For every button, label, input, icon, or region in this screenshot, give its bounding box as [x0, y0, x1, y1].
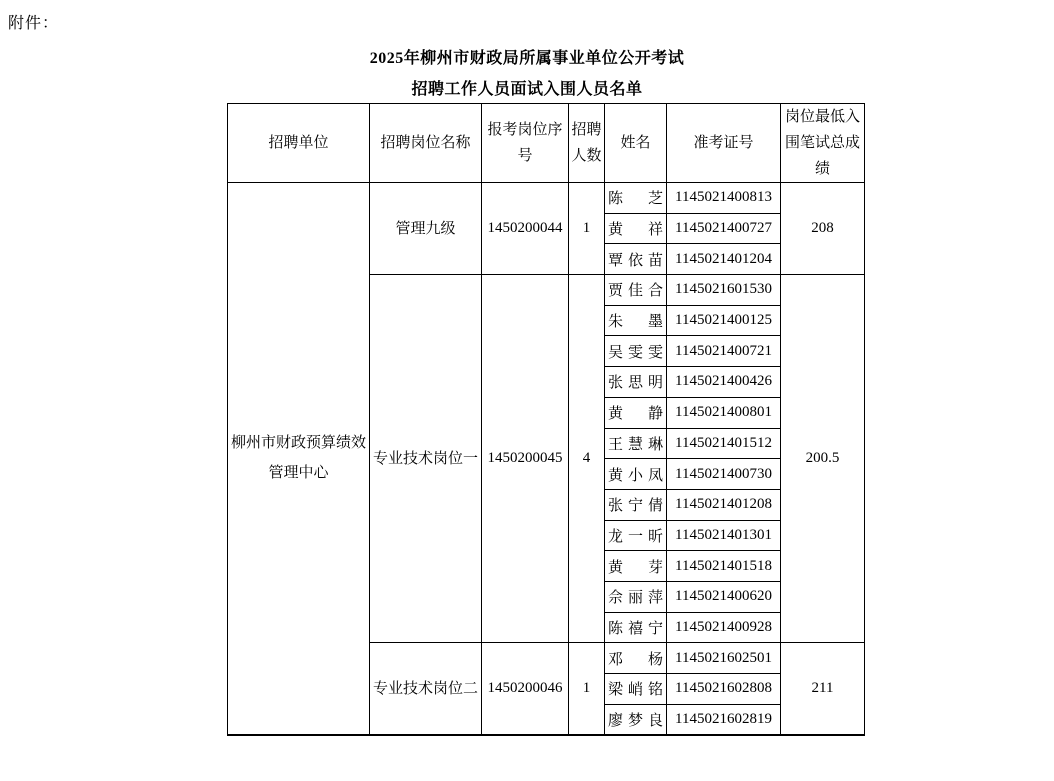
candidate-name-cell: 黄芽 [605, 551, 667, 582]
position-cell: 专业技术岗位一 [370, 275, 482, 643]
candidate-name-cell: 佘丽萍 [605, 581, 667, 612]
header-ticket-number: 准考证号 [667, 104, 781, 183]
candidate-name-cell: 黄静 [605, 397, 667, 428]
candidate-name-cell: 陈禧宁 [605, 612, 667, 643]
header-position-code: 报考岗位序号 [482, 104, 569, 183]
candidate-name-cell: 龙一昕 [605, 520, 667, 551]
ticket-cell: 1145021400721 [667, 336, 781, 367]
header-row: 招聘单位 招聘岗位名称 报考岗位序号 招聘人数 姓名 准考证号 岗位最低入围笔试… [228, 104, 865, 183]
ticket-cell: 1145021602819 [667, 704, 781, 735]
recruit-count-cell: 1 [569, 183, 605, 275]
ticket-cell: 1145021400928 [667, 612, 781, 643]
candidate-name-cell: 黄祥 [605, 213, 667, 244]
ticket-cell: 1145021602501 [667, 643, 781, 674]
candidate-name-cell: 陈芝 [605, 183, 667, 214]
table-row: 柳州市财政预算绩效管理中心 管理九级 1450200044 1 陈芝 11450… [228, 183, 865, 214]
ticket-cell: 1145021602808 [667, 674, 781, 705]
candidate-name-cell: 梁峭铭 [605, 674, 667, 705]
header-recruit-count: 招聘人数 [569, 104, 605, 183]
candidate-name-cell: 覃依苗 [605, 244, 667, 275]
candidate-name-cell: 邓杨 [605, 643, 667, 674]
ticket-cell: 1145021400727 [667, 213, 781, 244]
ticket-cell: 1145021401518 [667, 551, 781, 582]
candidate-name-cell: 张宁倩 [605, 489, 667, 520]
position-cell: 专业技术岗位二 [370, 643, 482, 735]
header-position-name: 招聘岗位名称 [370, 104, 482, 183]
candidate-name-cell: 张思明 [605, 367, 667, 398]
candidate-name-cell: 贾佳合 [605, 275, 667, 306]
attachment-label: 附件： [8, 10, 59, 33]
results-table: 招聘单位 招聘岗位名称 报考岗位序号 招聘人数 姓名 准考证号 岗位最低入围笔试… [227, 103, 865, 736]
ticket-cell: 1145021401204 [667, 244, 781, 275]
ticket-cell: 1145021401208 [667, 489, 781, 520]
candidate-name-cell: 王慧琳 [605, 428, 667, 459]
document-title-line2: 招聘工作人员面试入围人员名单 [0, 76, 1054, 99]
ticket-cell: 1145021400813 [667, 183, 781, 214]
candidate-name-cell: 朱墨 [605, 305, 667, 336]
ticket-cell: 1145021400730 [667, 459, 781, 490]
ticket-cell: 1145021400125 [667, 305, 781, 336]
min-score-cell: 200.5 [781, 275, 865, 643]
position-code-cell: 1450200044 [482, 183, 569, 275]
document-title-line1: 2025年柳州市财政局所属事业单位公开考试 [0, 45, 1054, 68]
candidate-name-cell: 黄小凤 [605, 459, 667, 490]
header-recruiting-unit: 招聘单位 [228, 104, 370, 183]
header-candidate-name: 姓名 [605, 104, 667, 183]
recruit-count-cell: 4 [569, 275, 605, 643]
ticket-cell: 1145021601530 [667, 275, 781, 306]
position-cell: 管理九级 [370, 183, 482, 275]
candidate-name-cell: 廖梦良 [605, 704, 667, 735]
position-code-cell: 1450200045 [482, 275, 569, 643]
ticket-cell: 1145021400801 [667, 397, 781, 428]
ticket-cell: 1145021401512 [667, 428, 781, 459]
recruit-count-cell: 1 [569, 643, 605, 735]
min-score-cell: 208 [781, 183, 865, 275]
unit-cell: 柳州市财政预算绩效管理中心 [228, 183, 370, 735]
min-score-cell: 211 [781, 643, 865, 735]
ticket-cell: 1145021400426 [667, 367, 781, 398]
ticket-cell: 1145021401301 [667, 520, 781, 551]
ticket-cell: 1145021400620 [667, 581, 781, 612]
candidate-name-cell: 吴雯雯 [605, 336, 667, 367]
position-code-cell: 1450200046 [482, 643, 569, 735]
header-min-score: 岗位最低入围笔试总成绩 [781, 104, 865, 183]
